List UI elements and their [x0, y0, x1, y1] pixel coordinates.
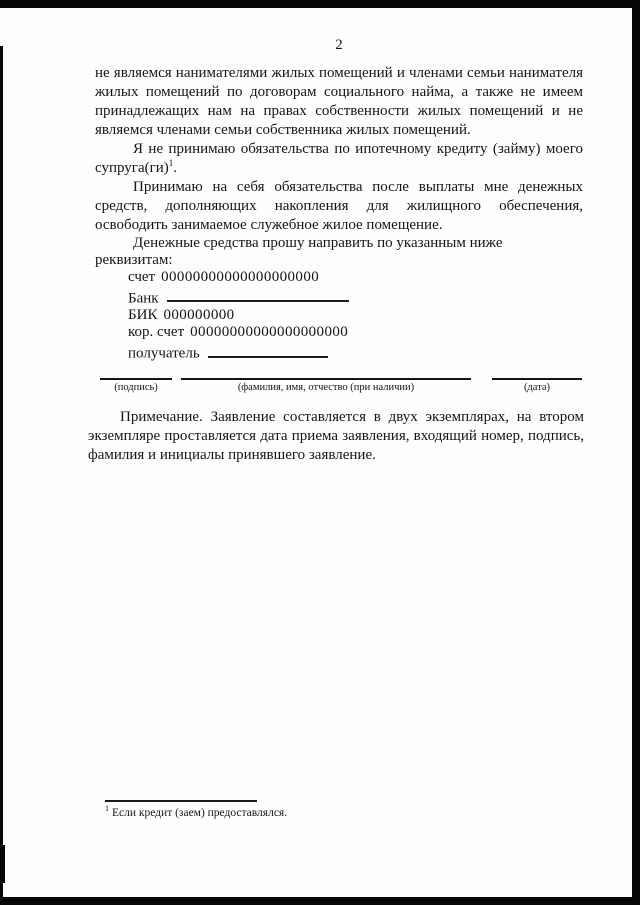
paragraph-obligation: Принимаю на себя обязательства после вып… [95, 178, 583, 235]
account-value: 00000000000000000000 [161, 269, 319, 285]
paragraph-transfer-intro: Денежные средства прошу направить по ука… [95, 235, 583, 269]
paragraph-mortgage: Я не принимаю обязательства по ипотечном… [95, 140, 583, 178]
note-paragraph: Примечание. Заявление составляется в дву… [88, 408, 584, 465]
account-label: счет [128, 269, 155, 285]
recipient-fill-line [208, 341, 328, 357]
footnote-marker: 1 [105, 804, 109, 813]
recipient-label: получатель [128, 346, 200, 362]
paragraph-continuation: не являемся нанимателями жилых помещений… [95, 64, 583, 140]
scan-border-bottom [0, 897, 640, 905]
scan-border-top [0, 0, 640, 8]
bik-label: БИК [128, 307, 157, 323]
requisite-bank: Банк [95, 286, 583, 307]
bik-value: 000000000 [163, 307, 234, 323]
full-name-line: (фамилия, имя, отчество (при наличии) [181, 378, 471, 394]
scan-border-left [0, 46, 3, 905]
scan-border-right [632, 0, 640, 905]
paragraph-mortgage-period: . [173, 160, 177, 176]
scan-border-left-mark [0, 845, 5, 883]
bank-fill-line [167, 286, 349, 302]
page-number: 2 [95, 36, 583, 55]
bank-requisites: Денежные средства прошу направить по ука… [95, 235, 583, 363]
document-body: 2 не являемся нанимателями жилых помещен… [95, 36, 583, 465]
signature-line: (подпись) [100, 378, 172, 394]
footnote-text-row: 1Если кредит (заем) предоставлялся. [105, 806, 287, 820]
bank-label: Банк [128, 290, 159, 306]
requisite-recipient: получатель [95, 341, 583, 362]
date-line: (дата) [492, 378, 582, 394]
footnote: 1Если кредит (заем) предоставлялся. [105, 800, 287, 820]
corr-account-value: 00000000000000000000 [190, 324, 348, 340]
footnote-separator-line [105, 800, 257, 802]
corr-account-label: кор. счет [128, 324, 184, 340]
footnote-text: Если кредит (заем) предоставлялся. [112, 807, 287, 819]
requisite-bik: БИК000000000 [95, 307, 583, 324]
scanned-document-page: 2 не являемся нанимателями жилых помещен… [0, 0, 640, 905]
requisite-corr-account: кор. счет00000000000000000000 [95, 324, 583, 341]
requisite-account: счет00000000000000000000 [95, 269, 583, 286]
signature-block: (подпись) (фамилия, имя, отчество (при н… [95, 378, 583, 394]
